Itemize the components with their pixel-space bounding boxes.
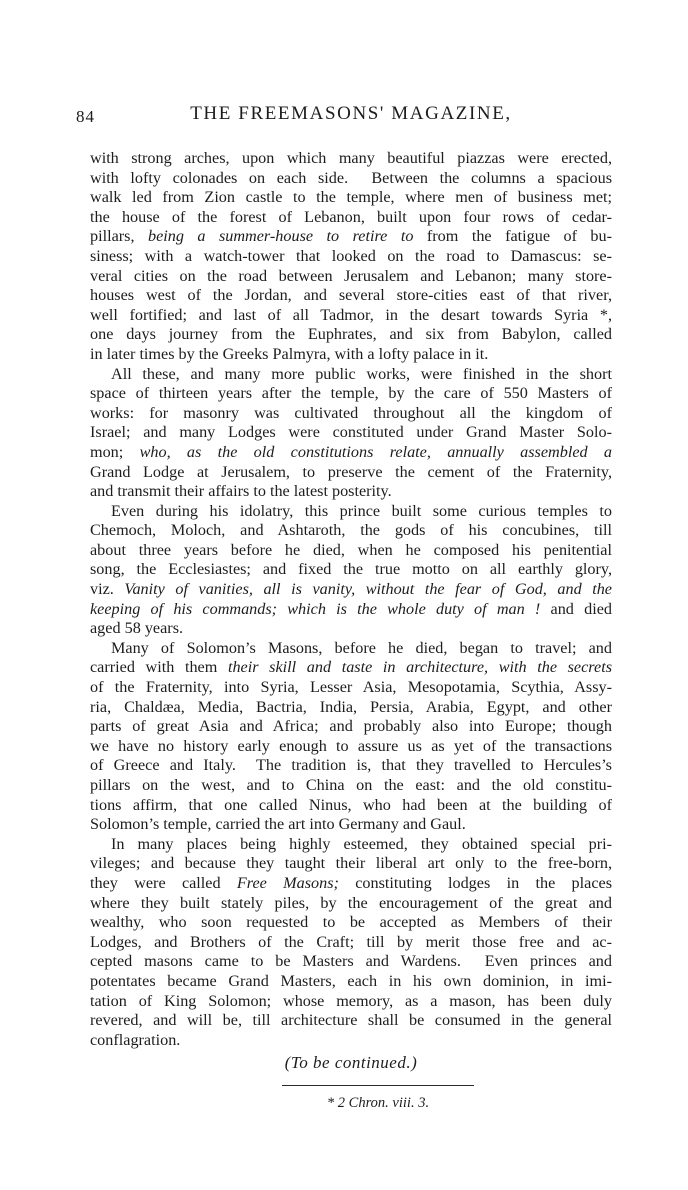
to-be-continued: (To be continued.): [90, 1053, 612, 1073]
text-line: pillars, being a summer-house to retire …: [90, 227, 612, 247]
text-line: walk led from Zion castle to the temple,…: [90, 188, 612, 208]
page-title: THE FREEMASONS' MAGAZINE,: [90, 103, 612, 125]
text-line: works: for masonry was cultivated throug…: [90, 404, 612, 424]
magazine-page: 84 THE FREEMASONS' MAGAZINE, with strong…: [0, 0, 688, 1190]
text-line: In many places being highly esteemed, th…: [90, 835, 612, 855]
text-line: tation of King Solomon; whose memory, as…: [90, 992, 612, 1012]
text-line: Even during his idolatry, this prince bu…: [90, 502, 612, 522]
text-line: Chemoch, Moloch, and Ashtaroth, the gods…: [90, 521, 612, 541]
text-line: Israel; and many Lodges were constituted…: [90, 423, 612, 443]
paragraph: with strong arches, upon which many beau…: [90, 149, 612, 365]
paragraph: Many of Solomon’s Masons, before he died…: [90, 639, 612, 835]
text-line: veral cities on the road between Jerusal…: [90, 267, 612, 287]
footnote-block: * 2 Chron. viii. 3.: [90, 1085, 612, 1114]
text-line: All these, and many more public works, w…: [90, 365, 612, 385]
paragraph: In many places being highly esteemed, th…: [90, 835, 612, 1051]
text-line: Lodges, and Brothers of the Craft; till …: [90, 933, 612, 953]
text-line: in later times by the Greeks Palmyra, wi…: [90, 345, 612, 365]
text-line: houses west of the Jordan, and several s…: [90, 286, 612, 306]
text-line: well fortified; and last of all Tadmor, …: [90, 306, 612, 326]
text-line: we have no history early enough to assur…: [90, 737, 612, 757]
text-line: song, the Ecclesiastes; and fixed the tr…: [90, 560, 612, 580]
text-line: one days journey from the Euphrates, and…: [90, 325, 612, 345]
text-line: Solomon’s temple, carried the art into G…: [90, 815, 612, 835]
text-line: carried with them their skill and taste …: [90, 658, 612, 678]
text-line: the house of the forest of Lebanon, buil…: [90, 208, 612, 228]
text-line: mon; who, as the old constitutions relat…: [90, 443, 612, 463]
text-line: about three years before he died, when h…: [90, 541, 612, 561]
paragraph: Even during his idolatry, this prince bu…: [90, 502, 612, 639]
text-line: ria, Chaldæa, Media, Bactria, India, Per…: [90, 698, 612, 718]
footnote: * 2 Chron. viii. 3.: [248, 1094, 508, 1114]
text-line: wealthy, who soon requested to be accept…: [90, 913, 612, 933]
text-line: potentates became Grand Masters, each in…: [90, 972, 612, 992]
text-line: with lofty colonades on each side. Betwe…: [90, 169, 612, 189]
text-line: they were called Free Masons; constituti…: [90, 874, 612, 894]
text-line: of Greece and Italy. The tradition is, t…: [90, 756, 612, 776]
text-line: vileges; and because they taught their l…: [90, 854, 612, 874]
text-line: Many of Solomon’s Masons, before he died…: [90, 639, 612, 659]
text-line: Grand Lodge at Jerusalem, to preserve th…: [90, 463, 612, 483]
text-line: revered, and will be, till architecture …: [90, 1011, 612, 1031]
text-line: tions affirm, that one called Ninus, who…: [90, 796, 612, 816]
page-body: with strong arches, upon which many beau…: [90, 149, 612, 1114]
text-line: viz. Vanity of vanities, all is vanity, …: [90, 580, 612, 600]
text-line: aged 58 years.: [90, 619, 612, 639]
text-line: cepted masons came to be Masters and War…: [90, 952, 612, 972]
text-line: and transmit their affairs to the latest…: [90, 482, 612, 502]
paragraph: All these, and many more public works, w…: [90, 365, 612, 502]
text-line: pillars on the west, and to China on the…: [90, 776, 612, 796]
text-line: keeping of his commands; which is the wh…: [90, 600, 612, 620]
text-line: space of thirteen years after the temple…: [90, 384, 612, 404]
text-line: parts of great Asia and Africa; and prob…: [90, 717, 612, 737]
text-line: conflagration.: [90, 1031, 612, 1051]
text-line: of the Fraternity, into Syria, Lesser As…: [90, 678, 612, 698]
text-line: siness; with a watch-tower that looked o…: [90, 247, 612, 267]
text-line: where they built stately piles, by the e…: [90, 894, 612, 914]
footnote-rule: [282, 1085, 474, 1086]
text-line: with strong arches, upon which many beau…: [90, 149, 612, 169]
